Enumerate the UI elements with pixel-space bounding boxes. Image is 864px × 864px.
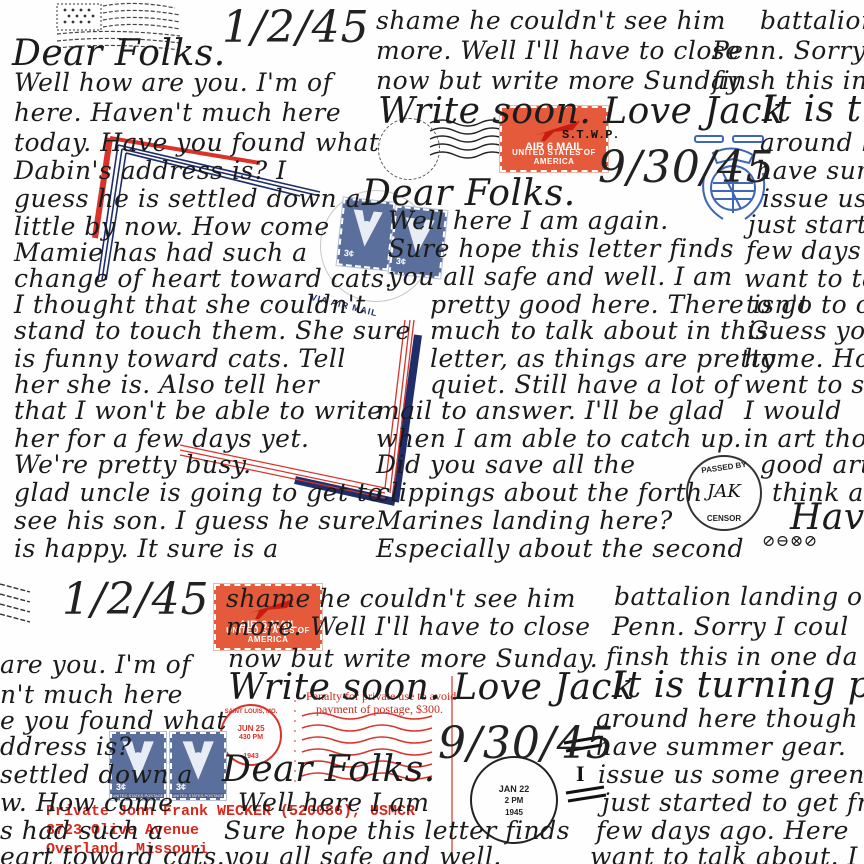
letter-line: Write soon. Love Jack xyxy=(228,670,634,706)
letter-line: guess he is settled down a xyxy=(14,186,361,211)
letter-line: you all safe and well. xyxy=(224,844,502,864)
letter-line: when I am able to catch up. xyxy=(376,426,742,451)
letter-line: Marines landing here? xyxy=(376,508,673,533)
letter-salutation: Dear Folks. xyxy=(12,36,226,72)
letter-line: few days ago. Here is xyxy=(746,238,864,263)
letter-line: few days ago. Here xyxy=(596,818,849,843)
letter-line: want to talk about. I xyxy=(590,844,858,864)
letter-line: stand to touch them. She sure xyxy=(14,318,411,343)
letter-line: now but write more Sunday. xyxy=(376,68,746,93)
letter-line: want to talk about. I went xyxy=(744,266,864,291)
letter-date: 9/30/45 xyxy=(598,146,775,190)
letter-line: Sure hope this letter finds xyxy=(388,236,734,261)
letter-line: that I won't be able to write xyxy=(14,398,382,423)
letter-line: issue us some greens xyxy=(762,186,864,211)
letter-line: s had such a xyxy=(0,818,164,843)
letter-line: around here though we xyxy=(760,130,864,155)
letter-line: Sure hope this letter finds xyxy=(224,818,570,843)
letter-line: more. Well I'll have to close xyxy=(226,614,591,639)
letter-line: little by now. How come xyxy=(14,214,330,239)
letter-line: went to sou xyxy=(744,372,864,397)
letter-line: in art tho xyxy=(744,426,864,451)
letter-date: 1/2/45 xyxy=(62,578,210,622)
letter-line: letter, as things are pretty xyxy=(430,346,776,371)
letter-line: around here though w xyxy=(596,706,864,731)
letter-line: is happy. It sure is a xyxy=(14,536,279,561)
letter-line: quiet. Still have a lot of xyxy=(430,372,739,397)
letter-line: more. Well I'll have to close xyxy=(376,38,741,63)
letter-line: home. How xyxy=(744,346,864,371)
letter-line: have summer gear. xyxy=(756,158,864,183)
letter-date: 1/2/45 xyxy=(222,6,370,50)
letter-line: Guess you xyxy=(748,318,864,343)
letter-line: It is turning pretty xyxy=(762,92,864,128)
letter-line: issue us some greens xyxy=(598,762,864,787)
letter-line: much to talk about in this xyxy=(430,318,769,343)
letter-line: you all safe and well. I am xyxy=(388,264,733,289)
letter-line: are you. I'm of xyxy=(0,652,191,677)
letter-line: shame he couldn't see him xyxy=(226,586,576,611)
letter-line: Well here I am xyxy=(238,790,429,815)
letter-line: here. Haven't much here xyxy=(14,100,341,125)
letter-line: settled down a xyxy=(0,762,193,787)
letter-line: We're pretty busy. xyxy=(14,452,252,477)
letter-line: I would xyxy=(744,398,842,423)
letter-line: is funny toward cats. Tell xyxy=(14,346,346,371)
letter-line: eart toward cats. xyxy=(0,844,225,864)
letter-line: shame he couldn't see him xyxy=(376,8,726,33)
letter-line: mail to answer. I'll be glad xyxy=(376,398,725,423)
letter-line: just started to get fresh xyxy=(748,212,864,237)
letter-line: w. How come xyxy=(0,790,174,815)
letter-line: clippings about the forth xyxy=(376,480,703,505)
letter-line: to go to college. xyxy=(746,292,864,317)
letter-line: ddress is? xyxy=(0,734,132,759)
letter-date: 9/30/45 xyxy=(438,722,615,766)
letter-line: see his son. I guess he sure xyxy=(14,508,376,533)
letter-line: glad uncle is going to get to xyxy=(14,480,383,505)
letter-line: today. Have you found what xyxy=(14,130,379,155)
letter-line: n't much here xyxy=(0,682,183,707)
letter-line: battalion landing on xyxy=(760,8,864,33)
doodle-marks: ⊘⊖⊗⊘ xyxy=(762,533,818,549)
letter-line: change of heart toward cats. xyxy=(14,266,393,291)
letter-line: her for a few days yet. xyxy=(14,426,309,451)
letter-line: just started to get fre xyxy=(602,790,864,815)
letter-collage: VIA AIR MAIL AIR 6 MAIL UNITED STATES OF… xyxy=(0,0,864,864)
letter-line: good art xyxy=(760,452,864,477)
letter-line: Well here I am again. xyxy=(388,208,669,233)
letter-line: Dabin's address is? I xyxy=(14,158,287,183)
letter-line: Especially about the second xyxy=(376,536,744,561)
letter-line: e you found what xyxy=(0,708,227,733)
letter-line: have summer gear. xyxy=(596,734,846,759)
wavy-cancel-icon xyxy=(0,578,40,638)
letter-line: Penn. Sorry I coul xyxy=(612,614,849,639)
letter-line: Mamie has had such a xyxy=(14,240,308,265)
letter-line: Dear Folks. xyxy=(222,752,436,788)
letter-line: her she is. Also tell her xyxy=(14,372,319,397)
letter-line: Penn. Sorry I couldn't xyxy=(712,38,864,63)
letter-line: Write soon. Love Jack xyxy=(378,94,784,130)
letter-line: I thought that she couldn't xyxy=(14,292,366,317)
letter-line: Well how are you. I'm of xyxy=(14,70,332,95)
letter-line: battalion landing o xyxy=(614,584,863,609)
letter-line: Did you save all the xyxy=(376,452,636,477)
letter-line: It is turning pretty xyxy=(612,668,864,704)
